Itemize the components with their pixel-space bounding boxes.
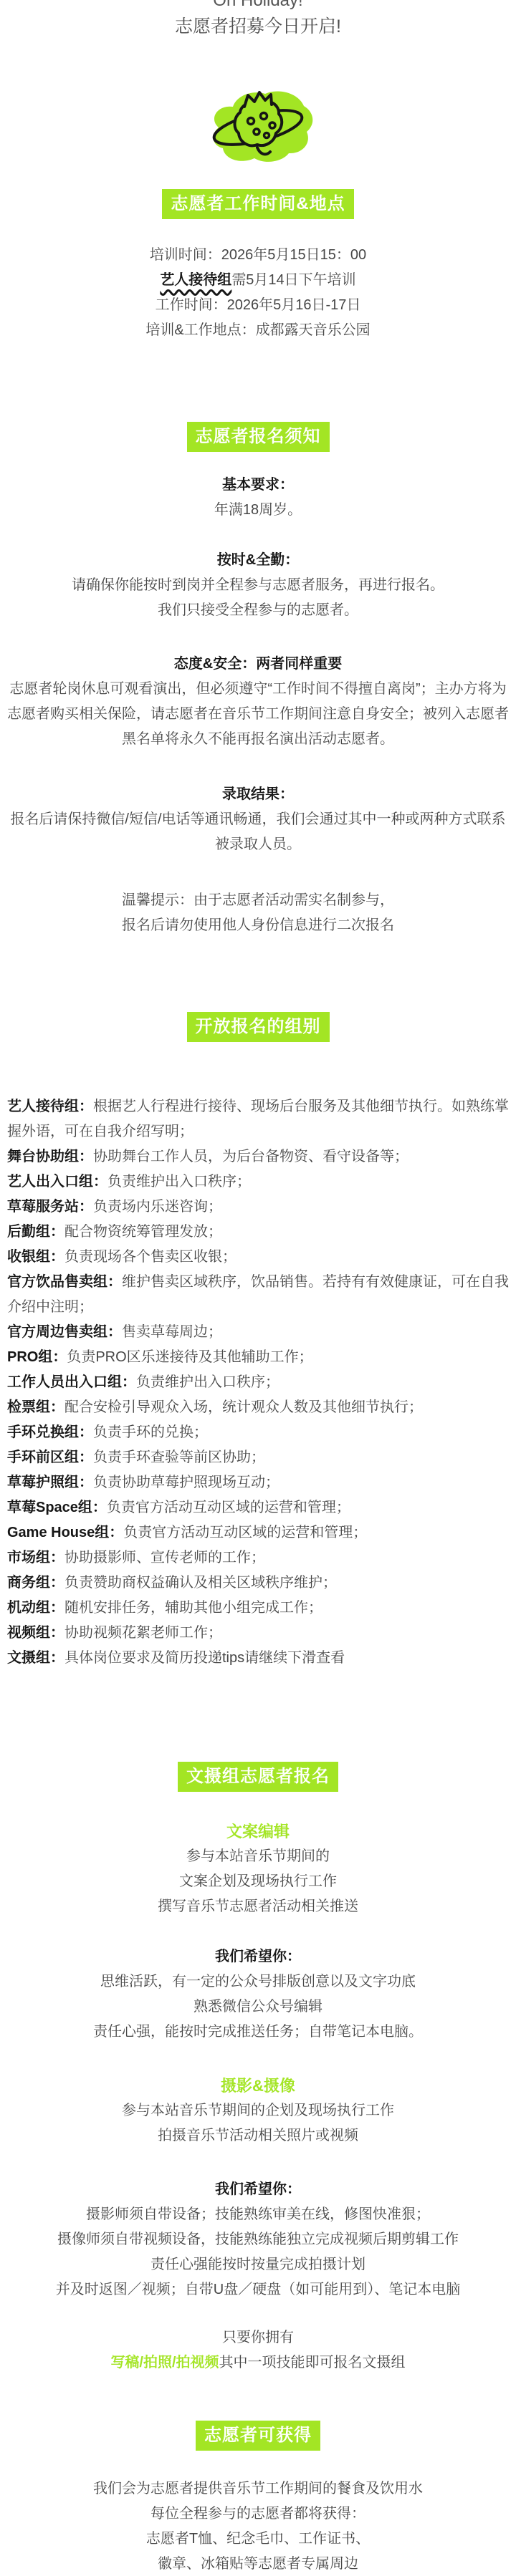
artist-reception-group-label: 艺人接待组 [160,272,231,288]
groups-list: 艺人接待组：根据艺人行程进行接待、现场后台服务及其他细节执行。如熟练掌握外语，可… [0,1094,516,1671]
list-item: 舞台协助组：协助舞台工作人员，为后台备物资、看守设备等； [7,1144,509,1169]
photography-line1: 参与本站音乐节期间的企划及现场执行工作 [0,2098,516,2123]
copywriting-wish3: 责任心强，能按时完成推送任务；自带笔记本电脑。 [0,2020,516,2045]
schedule-training-time: 培训时间：2026年5月15日15：00 [0,243,516,268]
copywriting-wish-heading: 我们希望你： [0,1944,516,1969]
photography-subheading: 摄影&摄像 [0,2073,516,2098]
notice-result-body: 报名后请保持微信/短信/电话等通讯畅通，我们会通过其中一种或两种方式联系被录取人… [0,807,516,857]
list-item: 检票组：配合安检引导观众入场，统计观众人数及其他细节执行； [7,1395,509,1420]
list-item: PRO组：负责PRO区乐迷接待及其他辅助工作； [7,1345,509,1370]
rewards-line1: 我们会为志愿者提供音乐节工作期间的餐食及饮用水 [0,2476,516,2502]
list-item: 艺人出入口组：负责维护出入口秩序； [7,1169,509,1195]
list-item: 视频组：协助视频花絮老师工作； [7,1621,509,1646]
list-item: 文摄组：具体岗位要求及简历投递tips请继续下滑查看 [7,1646,509,1671]
list-item: 草莓Space组：负责官方活动互动区域的运营和管理； [7,1495,509,1520]
photography-wish-heading: 我们希望你： [0,2177,516,2202]
intro-english-line: On Holiday! [0,0,516,11]
section-banner-media-signup: 文摄组志愿者报名 [178,1762,338,1792]
list-item: 手环前区组：负责手环查验等前区协助； [7,1445,509,1470]
photography-wish2: 摄像师须自带视频设备，技能熟练能独立完成视频后期剪辑工作 [0,2227,516,2252]
list-item: 商务组：负责赞助商权益确认及相关区域秩序维护； [7,1571,509,1596]
notice-basic-body: 年满18周岁。 [0,498,516,523]
copywriting-subheading: 文案编辑 [0,1819,516,1844]
copywriting-line3: 撰写音乐节志愿者活动相关推送 [0,1894,516,1919]
rewards-line4: 徽章、冰箱贴等志愿者专属周边 [0,2552,516,2576]
media-skills-highlight: 写稿/拍照/拍视频 [110,2355,219,2370]
notice-tip-line2: 报名后请勿使用他人身份信息进行二次报名 [0,913,516,938]
section-banner-rewards: 志愿者可获得 [196,2421,320,2451]
photography-line2: 拍摄音乐节活动相关照片或视频 [0,2123,516,2148]
notice-tip-line1: 温馨提示：由于志愿者活动需实名制参与， [0,888,516,913]
notice-result-heading: 录取结果： [0,782,516,807]
list-item: 艺人接待组：根据艺人行程进行接待、现场后台服务及其他细节执行。如熟练掌握外语，可… [7,1094,509,1144]
schedule-location: 培训&工作地点：成都露天音乐公园 [0,318,516,343]
rewards-line2: 每位全程参与的志愿者都将获得： [0,2502,516,2527]
list-item: 机动组：随机安排任务，辅助其他小组完成工作； [7,1596,509,1621]
list-item: Game House组：负责官方活动互动区域的运营和管理； [7,1520,509,1545]
copywriting-wish1: 思维活跃，有一定的公众号排版创意以及文字功底 [0,1969,516,1994]
list-item: 草莓护照组：负责协助草莓护照现场互动； [7,1470,509,1495]
notice-tips: 温馨提示：由于志愿者活动需实名制参与， 报名后请勿使用他人身份信息进行二次报名 [0,888,516,938]
intro-headline: 志愿者招募今日开启! [0,16,516,37]
photography-wish4: 并及时返图／视频；自带U盘／硬盘（如可能用到）、笔记本电脑 [0,2277,516,2302]
schedule-block: 培训时间：2026年5月15日15：00 艺人接待组需5月14日下午培训 工作时… [0,243,516,343]
rewards-line3: 志愿者T恤、纪念毛巾、工作证书、 [0,2527,516,2552]
copywriting-line2: 文案企划及现场执行工作 [0,1869,516,1894]
rewards-block: 我们会为志愿者提供音乐节工作期间的餐食及饮用水 每位全程参与的志愿者都将获得： … [0,2476,516,2576]
list-item: 后勤组：配合物资统筹管理发放； [7,1220,509,1245]
media-summary-line2: 写稿/拍照/拍视频其中一项技能即可报名文摄组 [0,2350,516,2375]
section-banner-groups: 开放报名的组别 [187,1012,330,1042]
list-item: 草莓服务站：负责场内乐迷咨询； [7,1195,509,1220]
list-item: 官方周边售卖组：售卖草莓周边； [7,1320,509,1345]
notice-safety-body: 志愿者轮岗休息可观看演出，但必须遵守“工作时间不得擅自离岗”；主办方将为志愿者购… [0,677,516,752]
schedule-work-time: 工作时间：2026年5月16日-17日 [0,293,516,318]
section-banner-notice: 志愿者报名须知 [187,422,330,452]
photography-wish3: 责任心强能按时按量完成拍摄计划 [0,2252,516,2277]
section-banner-schedule: 志愿者工作时间&地点 [162,189,353,219]
media-summary-line1: 只要你拥有 [0,2325,516,2350]
photography-wish1: 摄影师须自带设备；技能熟练审美在线，修图快准狠； [0,2202,516,2227]
copywriting-wish2: 熟悉微信公众号编辑 [0,1994,516,2020]
list-item: 市场组：协助摄影师、宣传老师的工作； [7,1545,509,1571]
copywriting-line1: 参与本站音乐节期间的 [0,1844,516,1869]
list-item: 工作人员出入口组：负责维护出入口秩序； [7,1370,509,1395]
notice-ontime-heading: 按时&全勤： [0,548,516,573]
notice-basic-heading: 基本要求： [0,473,516,498]
page-root: { "colors":{ "accent_green":"#a3e524", "… [0,0,516,2576]
notice-safety-heading: 态度&安全：两者同样重要 [0,652,516,677]
schedule-artist-group-note: 艺人接待组需5月14日下午培训 [0,268,516,293]
notice-ontime-line2: 我们只接受全程参与的志愿者。 [0,598,516,623]
list-item: 收银组：负责现场各个售卖区收银； [7,1245,509,1270]
list-item: 官方饮品售卖组：维护售卖区域秩序，饮品销售。若持有有效健康证，可在自我介绍中注明… [7,1270,509,1320]
list-item: 手环兑换组：负责手环的兑换； [7,1420,509,1445]
strawberry-planet-icon [0,85,516,165]
notice-ontime-line1: 请确保你能按时到岗并全程参与志愿者服务，再进行报名。 [0,573,516,598]
